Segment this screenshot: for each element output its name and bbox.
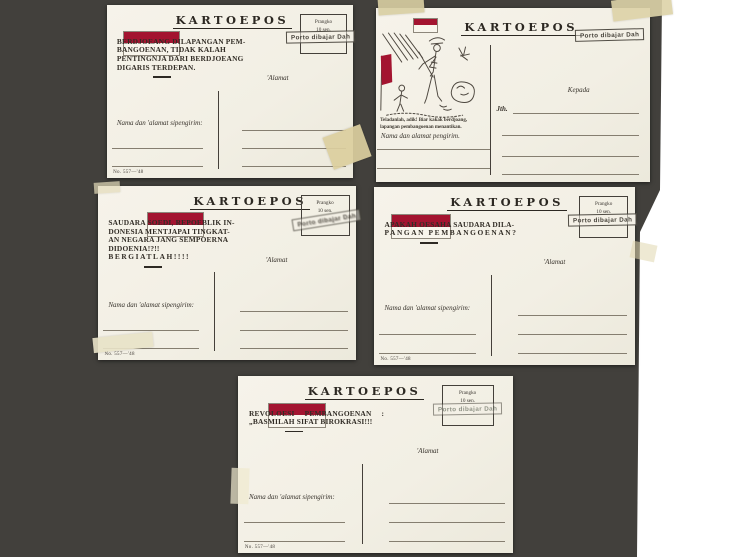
postcard-bottom: KARTOEPOS Prangko 10 sen. Porto dibajar …	[238, 376, 513, 553]
writing-line	[518, 353, 628, 354]
cartoon-caption: Teladanlah, adik! Biar kakak berdjoang, …	[380, 118, 495, 131]
jth-label: Jth.	[497, 105, 508, 113]
writing-line	[242, 130, 345, 131]
writing-line	[502, 156, 639, 157]
writing-line	[389, 522, 505, 523]
writing-line	[240, 330, 348, 331]
writing-line	[240, 348, 348, 349]
writing-line	[502, 174, 639, 175]
writing-line	[112, 148, 203, 149]
alamat-label: 'Alamat	[544, 258, 566, 266]
catalog-number: No. 557—'48	[245, 545, 275, 550]
text-rule	[420, 242, 438, 244]
writing-line	[502, 135, 639, 136]
porto-paid-stamp: Porto dibajar Dah	[575, 28, 645, 42]
catalog-number: No. 557—'48	[104, 352, 134, 357]
writing-line	[518, 315, 628, 316]
writing-line	[242, 166, 345, 167]
propaganda-text: APAKAH OESAHA SAUDARA DILA- PANGAN PEMBA…	[384, 221, 525, 244]
divider-line	[218, 91, 219, 170]
divider-line	[491, 275, 492, 356]
kepada-label: Kepada	[568, 86, 590, 94]
text-rule	[144, 266, 162, 268]
writing-line	[389, 503, 505, 504]
writing-line	[103, 330, 198, 331]
propaganda-text: BERDJOEANG DILAPANGAN PEM- BANGOENAN, TI…	[117, 38, 250, 78]
writing-line	[244, 522, 346, 523]
message-line: PANGAN PEMBANGOENAN?	[384, 229, 525, 238]
writing-line	[389, 541, 505, 542]
alamat-label: 'Alamat	[267, 74, 289, 82]
postcard-top-left: KARTOEPOS Prangko 10 sen. Porto dibajar …	[107, 5, 353, 178]
card-title-text: KARTOEPOS	[173, 13, 293, 29]
writing-line	[513, 113, 639, 114]
alamat-label: 'Alamat	[266, 256, 288, 264]
sender-label: Nama dan 'alamat sipengirim:	[384, 304, 470, 312]
card-title: KARTOEPOS	[156, 13, 309, 27]
writing-line	[240, 311, 348, 312]
sender-label: Nama dan 'alamat sipengirim:	[117, 119, 203, 127]
prangko-label: Prangko	[580, 200, 628, 208]
divider-line	[214, 272, 215, 351]
sender-label: Nama dan 'alamat sipengirim:	[108, 301, 194, 309]
writing-line	[379, 353, 476, 354]
divider-line	[490, 45, 491, 176]
writing-line	[379, 334, 476, 335]
tape-piece	[94, 181, 121, 194]
prangko-label: Prangko	[443, 389, 493, 397]
message-line: BERGIATLAH!!!!	[108, 253, 247, 262]
caption-line: lapangan pembangoenan menantikan.	[380, 125, 495, 131]
text-rule	[285, 431, 303, 433]
catalog-number: No. 557—'48	[381, 357, 411, 362]
card-title: KARTOEPOS	[279, 384, 450, 398]
writing-line	[377, 149, 489, 150]
writing-line	[518, 334, 628, 335]
sender-label: Nama dan 'alamat sipengirim:	[249, 493, 335, 501]
propaganda-text: SAUDARA SOEDI, REPOEBLIK IN- DONESIA MEN…	[108, 219, 247, 267]
text-rule	[153, 76, 171, 78]
writing-line	[112, 166, 203, 167]
porto-paid-stamp: Porto dibajar Dah	[433, 402, 502, 415]
writing-line	[377, 168, 489, 169]
message-line: „BASMILAH SIFAT BIROKRASI!!!	[249, 418, 398, 427]
card-title-text: KARTOEPOS	[190, 194, 310, 210]
card-title-text: KARTOEPOS	[447, 195, 567, 211]
porto-paid-stamp: Porto dibajar Dah	[568, 213, 637, 226]
cartoon-illustration	[377, 32, 489, 124]
message-line: DIGARIS TERDEPAN.	[117, 64, 250, 73]
alamat-label: 'Alamat	[417, 447, 439, 455]
sender-label: Nama dan alamat pengirim.	[381, 132, 460, 140]
postcard-middle-right: KARTOEPOS Prangko 10 sen. Porto dibajar …	[374, 187, 635, 365]
writing-line	[244, 541, 346, 542]
propaganda-text: REVOLOESI PEMBANGOENAN : „BASMILAH SIFAT…	[249, 410, 398, 433]
divider-line	[362, 464, 363, 545]
stain-mark	[230, 468, 249, 505]
prangko-label: Prangko	[302, 199, 349, 207]
porto-paid-stamp: Porto dibajar Dah	[286, 30, 355, 43]
card-title: KARTOEPOS	[426, 195, 588, 209]
prangko-label: Prangko	[301, 18, 346, 26]
catalog-number: No. 557—'48	[113, 170, 143, 175]
card-title-text: KARTOEPOS	[305, 384, 425, 400]
postcard-top-right: KARTOEPOS Porto dibajar Dah	[376, 8, 650, 182]
indonesia-flag-icon	[413, 18, 438, 33]
